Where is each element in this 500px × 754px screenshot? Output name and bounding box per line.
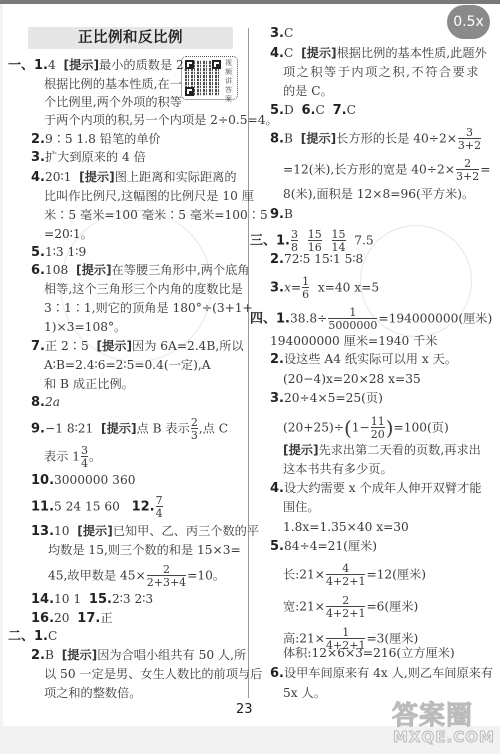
right-s4-q1-line2: 194000000 厘米=1940 千米 [270,333,438,349]
left-q6-line4: 1)×3=108°。 [44,319,126,335]
qr-label: 视频讲答案 [225,59,235,104]
right-s4-q5-row-width: 宽:21×24+2+1=6(厘米) [283,595,418,619]
left-q9-line1: 9.−1 8∶21 [提示]点 B 表示23,点 C [31,417,228,441]
left-q11-q12: 11.5 24 15 60 12.74 [31,495,164,519]
right-s4-q3-line4: 这本书共有多少页。 [283,461,393,477]
left-q3: 3.扩大到原来的 4 倍 [31,149,146,166]
right-q5-q7: 5.D 6.C 7.C [270,102,356,119]
right-s4-q4-line2: 围住。 [283,499,320,515]
left-s2-q1: 二、1.C [8,628,57,645]
right-s4-q3-line1: 3.20÷4×5=25(页) [270,390,383,407]
right-s3-q1: 三、1.38 1516 1514 7.5 [250,229,374,253]
right-s4-q4-line3: 1.8x=1.35×40 x=30 [283,519,409,535]
left-q6-line2: 相等,这个三角形三个内角的度数比是 [44,281,243,297]
fraction: 34 [81,445,88,469]
left-q5: 5.1∶3 1∶9 [31,244,86,261]
right-s4-q2-line1: 2.设这些 A4 纸实际可以用 x 天。 [270,351,457,368]
left-q1-line2: 根据比例的基本性质,在一 [44,76,182,92]
page-title: 正比例和反比例 [28,27,233,49]
fraction: 38 [291,229,298,253]
left-q13-line2: 均数是 15,则三个数的和是 15×3= [48,542,241,558]
right-q8-line1: 8.B [提示]长方形的长是 40÷2×33+2 [270,127,482,151]
fraction: 1516 [308,229,322,253]
right-s3-q3: 3.x=16 x=40 x=5 [270,276,379,300]
left-q1-line4: 于两个内项的积,另一个内项是 2÷0.5=4。 [44,112,278,128]
page-number: 23 [236,702,253,717]
fraction: 44+2+1 [326,563,365,587]
left-q4-line4: =20∶1。 [44,226,93,242]
left-q7-line2: A∶B=2.4∶6=2∶5=0.4(一定),A [44,357,211,373]
right-s4-q4-line1: 4.设大约需要 x 个成年人伸开双臂才能 [270,480,481,497]
fraction: 23 [191,417,198,441]
right-s4-q2-line2: (20−4)x=20×28 x=35 [283,371,421,387]
right-q4-line2: 项之积等于内项之积,不符合要求 [283,64,480,80]
left-q13-line3: 45,故甲数是 45×22+3+4=10。 [48,564,225,588]
right-q8-line2: =12(米),长方形的宽是 40÷2×23+2= [283,158,490,182]
left-q4-line3: 米∶5 毫米=100 毫米∶5 毫米=100∶5 [44,207,268,223]
left-q10: 10.3000000 360 [31,472,135,489]
right-q8-line3: 8(米),面积是 12×8=96(平方米)。 [283,186,474,202]
qr-finder-icon [185,87,194,96]
left-q7-line1: 7.正 2∶5 [提示]因为 6A=2.4B,所以 [31,338,244,355]
right-s4-q5-line1: 5.84÷4=21(厘米) [270,538,377,555]
left-q4-line2: 比叫作比例尺,这幅图的比例尺是 10 厘 [44,188,254,204]
fraction: 23+2 [456,158,479,182]
right-s4-q6-line2: 5x 人。 [283,685,326,701]
left-q8: 8.2a [31,394,60,411]
right-s4-q5-volume: 体积:12×6×3=216(立方厘米) [283,645,455,661]
fraction: 22+3+4 [147,564,186,588]
watermark-url: MXQE.COM [393,728,495,746]
watermark-logo: 答案圈 [392,695,473,732]
left-q2: 2.9∶5 1.8 铅笔的单价 [31,131,161,148]
column-divider [248,28,249,698]
right-s4-q6-line1: 6.设甲车间原来有 4x 人,则乙车间原来有 [270,665,493,682]
left-q6-line1: 6.108 [提示]在等腰三角形中,两个底角 [31,262,249,279]
right-s4-q1-line1: 四、1.38.8÷15000000=194000000(厘米) [250,307,492,331]
right-q9: 9.B [270,206,293,223]
fraction: 74 [156,495,163,519]
right-s4-q5-row-length: 长:21×44+2+1=12(厘米) [283,563,426,587]
fraction: 1514 [332,229,346,253]
right-q3: 3.C [270,25,293,42]
zoom-level-badge[interactable]: 0.5x [447,5,490,39]
right-q4-line1: 4.C [提示]根据比例的基本性质,此题外 [270,45,487,62]
right-s3-q2: 2.72∶5 15∶1 5∶8 [270,251,363,268]
left-q14-q15: 14.10 1 15.2∶3 2∶3 [31,591,153,608]
left-q7-line3: 和 B 成正比例。 [44,376,134,392]
left-q13-line1: 13.10 [提示]已知甲、乙、丙三个数的平 [31,523,259,540]
left-s2-q2-line1: 2.B [提示]因为合唱小组共有 50 人,所 [31,647,246,664]
fraction: 24+2+1 [326,595,365,619]
qr-code[interactable]: 视频讲答案 [181,56,238,100]
left-q4-line1: 4.20∶1 [提示]图上距离和实际距离的 [31,169,237,186]
fraction: 1120 [371,416,385,440]
left-q6-line3: 3∶1∶1,则它的顶角是 180°÷(3+1+ [44,300,253,316]
fraction: 15000000 [328,307,377,331]
left-q16-q17: 16.20 17.正 [31,610,113,627]
left-s2-q2-line3: 项之和的整数倍。 [44,685,142,701]
left-q1-line1: 一、1.4 [提示]最小的质数是 2, [8,57,188,74]
left-q1-line3: 个比例里,两个外项的积等 [44,94,182,110]
right-s4-q3-line2: (20+25)÷(1−1120)=100(页) [283,416,449,440]
fraction: 33+2 [458,127,481,151]
qr-finder-icon [212,60,221,69]
left-s2-q2-line2: 以 50 一定是男、女生人数比的前项与后 [44,666,262,682]
fraction: 16 [302,276,309,300]
right-s4-q3-line3: [提示]先求出第二天看的页数,再求出 [283,442,481,458]
left-q9-line2: 表示 134。 [44,445,101,469]
right-q4-line3: 的是 C。 [283,83,333,99]
